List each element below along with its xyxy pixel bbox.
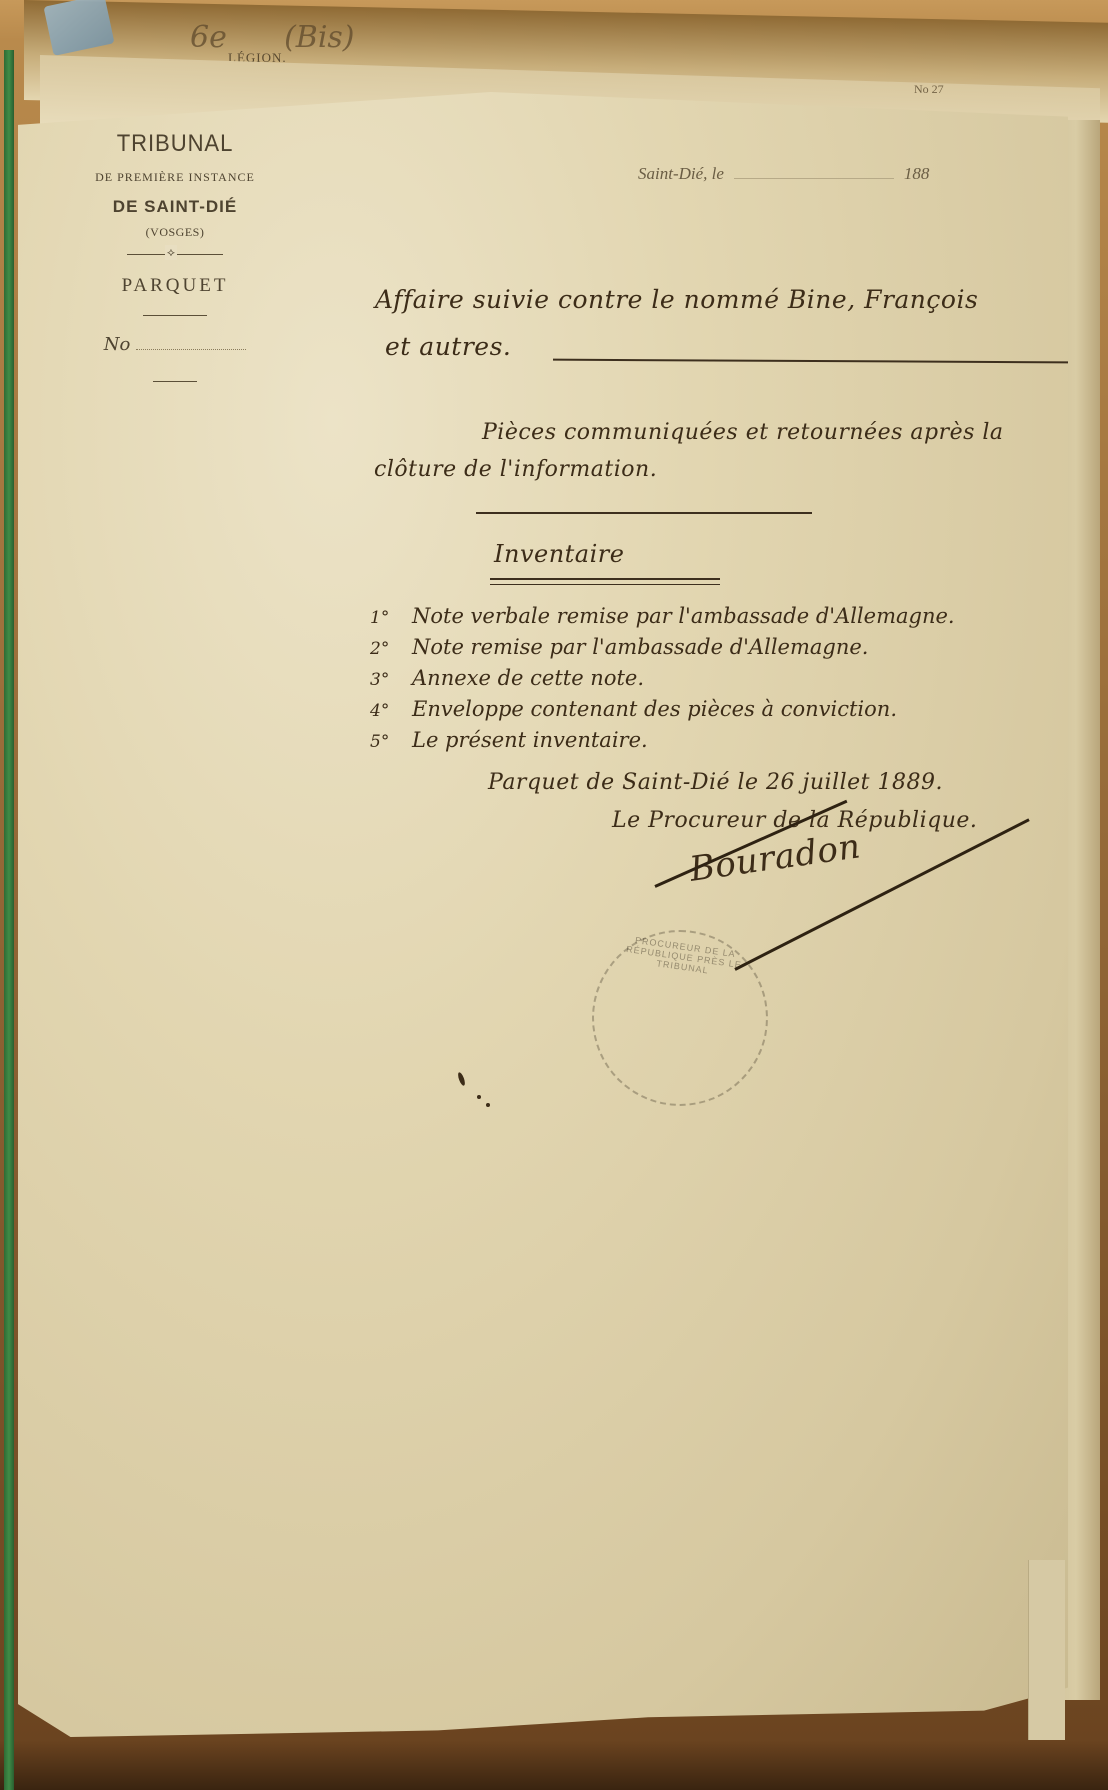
inventory-item-text: Enveloppe contenant des pièces à convict… — [412, 697, 897, 721]
divider — [153, 381, 197, 382]
inventory-title-underline — [490, 584, 720, 585]
dateline-place: Saint-Dié, le — [638, 164, 724, 184]
inventory-item: 1° Note verbale remise par l'ambassade d… — [370, 604, 1090, 635]
inventory-item-text: Note remise par l'ambassade d'Allemagne. — [412, 635, 868, 659]
closing-place-date: Parquet de Saint-Dié le 26 juillet 1889. — [488, 770, 943, 795]
inventory-item: 5° Le présent inventaire. — [370, 728, 1090, 759]
divider — [143, 315, 207, 316]
inventory-item-text: Le présent inventaire. — [412, 728, 648, 752]
official-stamp: PROCUREUR DE LA RÉPUBLIQUE PRÈS LE TRIBU… — [592, 930, 768, 1106]
letterhead-title: TRIBUNAL — [88, 130, 263, 158]
dateline: Saint-Dié, le 188 — [638, 164, 929, 184]
pieces-note-line1: Pièces communiquées et retournées après … — [482, 420, 1004, 445]
dateline-date-field — [734, 164, 894, 179]
letterhead-city: DE SAINT-DIÉ — [80, 197, 270, 217]
inventory-item-text: Note verbale remise par l'ambassade d'Al… — [412, 604, 955, 628]
letterhead-subtitle: DE PREMIÈRE INSTANCE — [80, 170, 270, 185]
inventory-item-number: 4° — [370, 701, 412, 721]
inventory-title: Inventaire — [494, 540, 624, 568]
inventory-item: 2° Note remise par l'ambassade d'Allemag… — [370, 635, 1090, 666]
inventory-list: 1° Note verbale remise par l'ambassade d… — [370, 604, 1090, 759]
back-sheet-number: No 27 — [914, 82, 944, 97]
inventory-item-number: 3° — [370, 670, 412, 690]
inventory-item-number: 2° — [370, 639, 412, 659]
inventory-item-number: 1° — [370, 608, 412, 628]
letterhead-department: (VOSGES) — [80, 225, 270, 240]
dateline-year: 188 — [904, 164, 930, 184]
inventory-item-text: Annexe de cette note. — [412, 666, 644, 690]
case-number-label: No — [104, 334, 131, 355]
inventory-title-underline — [490, 578, 720, 580]
letterhead-office: PARQUET — [80, 275, 270, 297]
green-folder-spine — [4, 50, 14, 1790]
signatory-title: Le Procureur de la République. — [612, 808, 977, 833]
ink-blot — [486, 1103, 490, 1107]
section-rule — [476, 512, 812, 514]
letterhead: TRIBUNAL DE PREMIÈRE INSTANCE DE SAINT-D… — [80, 130, 270, 382]
torn-tab — [1028, 1560, 1065, 1740]
case-title-line1: Affaire suivie contre le nommé Bine, Fra… — [375, 285, 978, 314]
pieces-note-line2: clôture de l'information. — [374, 457, 657, 482]
inventory-item: 3° Annexe de cette note. — [370, 666, 1090, 697]
ornament-divider — [127, 254, 223, 255]
inventory-item: 4° Enveloppe contenant des pièces à conv… — [370, 697, 1090, 728]
case-number-field: No — [80, 334, 270, 355]
ink-blot — [477, 1095, 481, 1099]
inventory-item-number: 5° — [370, 732, 412, 752]
case-title-line2: et autres. — [385, 332, 511, 361]
case-number-value — [136, 335, 246, 350]
